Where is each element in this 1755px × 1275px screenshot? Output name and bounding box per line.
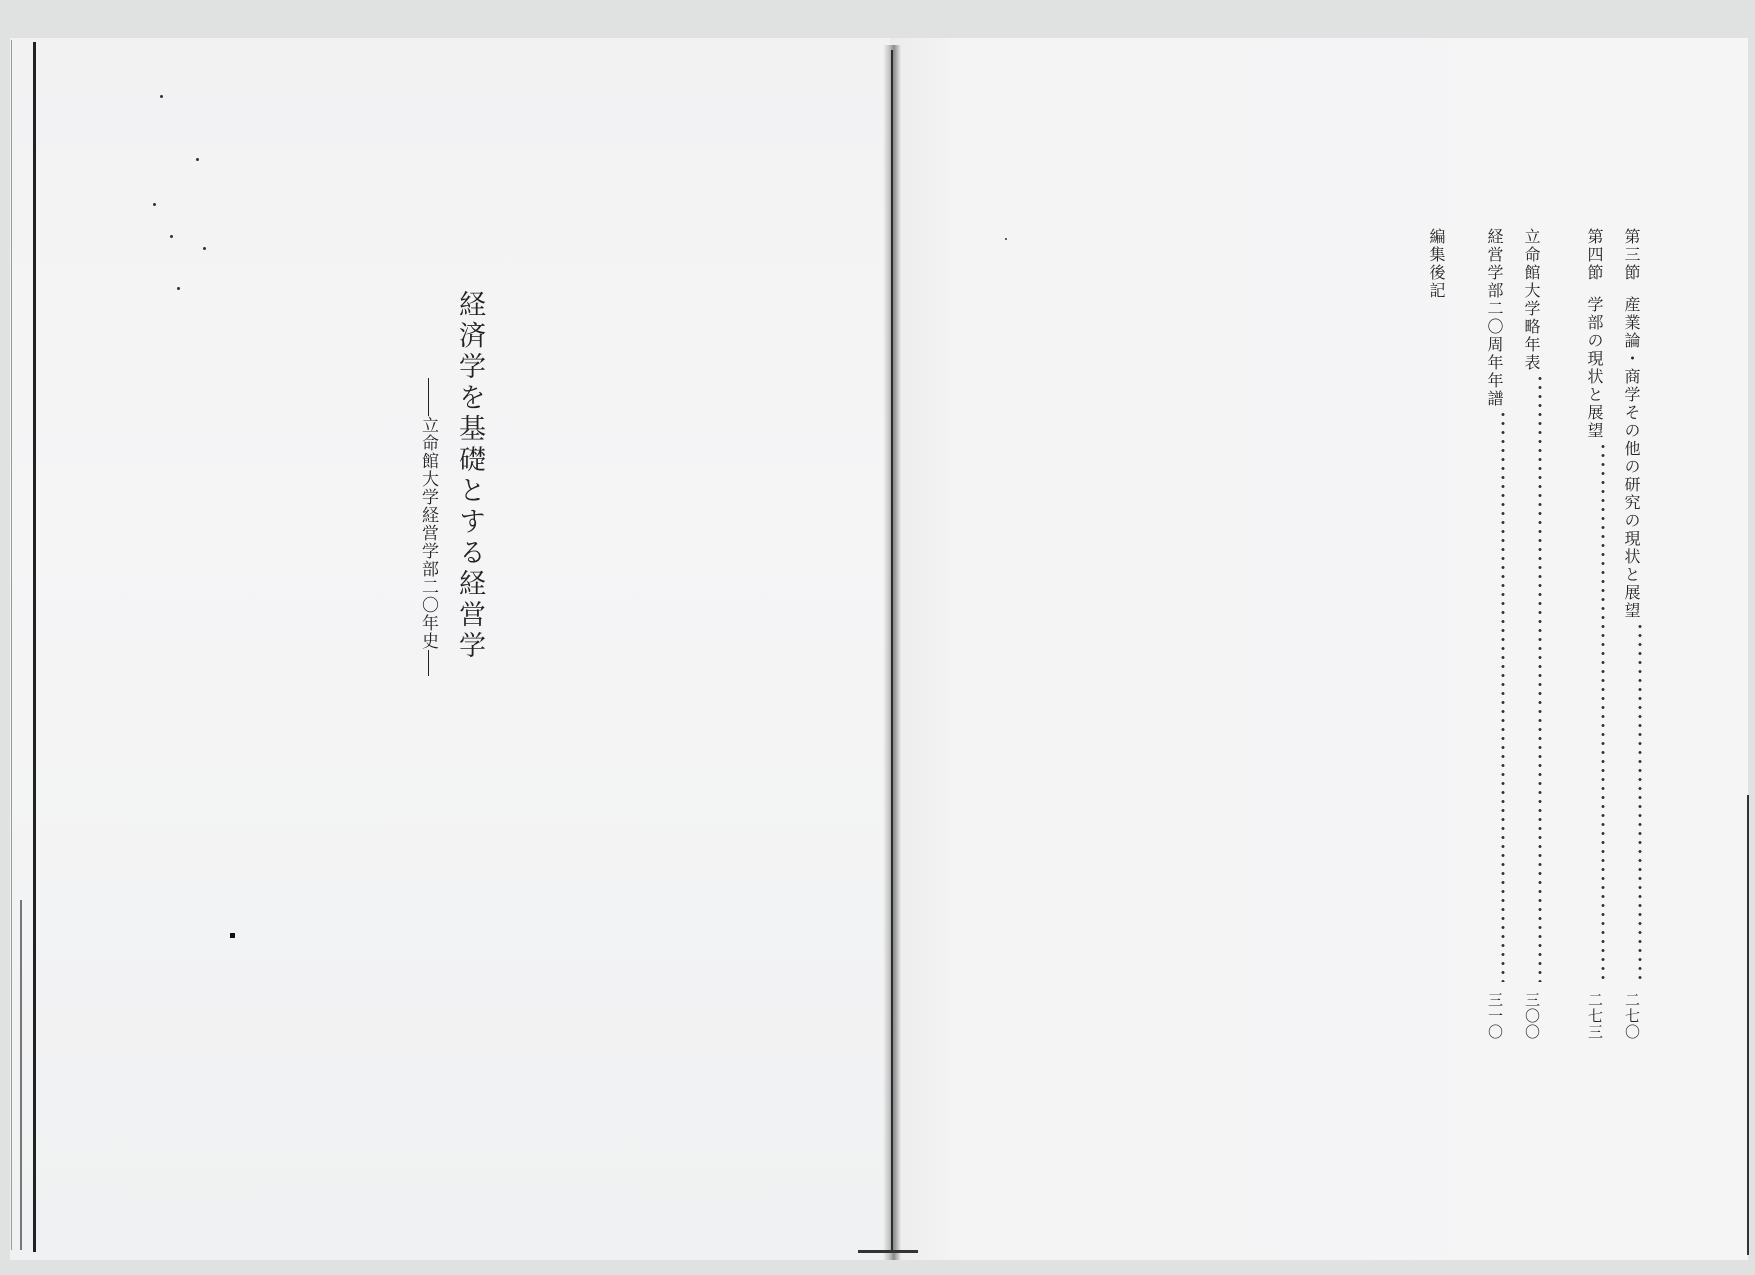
book-title: 経済学を基礎とする経営学 [450, 290, 489, 662]
book-subtitle: 立命館大学経営学部二〇年史 [416, 416, 441, 650]
scan-speck [177, 287, 180, 290]
scan-speck [1005, 238, 1007, 240]
toc-page-number: 二七三 [1585, 992, 1606, 1040]
gutter-foot-mark [858, 1250, 918, 1253]
toc-label: 学部の現状と展望 [1583, 296, 1606, 440]
toc-label: 編集後記 [1425, 228, 1448, 300]
toc-label: 立命館大学略年表 [1520, 228, 1543, 372]
toc-label: 産業論・商学その他の研究の現状と展望 [1620, 296, 1643, 620]
scan-speck [170, 235, 173, 238]
scan-speck [203, 247, 206, 250]
toc-section-number: 第三節 [1620, 228, 1643, 282]
toc-dot-leader [1500, 410, 1506, 982]
toc-page-number: 二七〇 [1622, 992, 1643, 1040]
toc-dot-leader [1637, 622, 1643, 982]
toc-dot-leader [1600, 442, 1606, 982]
toc-entry-afterword: 編集後記 [1425, 228, 1448, 1040]
scan-dot [230, 933, 235, 938]
em-dash-top [428, 378, 429, 416]
book-subtitle-block: 立命館大学経営学部二〇年史 [416, 378, 441, 676]
scan-speck [153, 203, 156, 206]
left-page-edge-shadow [20, 900, 22, 1250]
left-page-edge-thick [33, 42, 36, 1252]
scan-speck [196, 158, 199, 161]
toc-entry-chronology: 立命館大学略年表 三〇〇 [1520, 228, 1543, 1040]
toc-entry-section-3: 第三節 産業論・商学その他の研究の現状と展望 二七〇 [1620, 228, 1643, 1040]
toc-label: 経営学部二〇周年年譜 [1483, 228, 1506, 408]
toc-entry-anniversary-timeline: 経営学部二〇周年年譜 三一〇 [1483, 228, 1506, 1040]
toc-page-number: 三一〇 [1485, 992, 1506, 1040]
em-dash-bottom [428, 650, 429, 676]
toc-entry-section-4: 第四節 学部の現状と展望 二七三 [1583, 228, 1606, 1040]
right-page-edge [1747, 795, 1749, 1255]
book-gutter-line [891, 50, 893, 1250]
toc-section-number: 第四節 [1583, 228, 1606, 282]
left-page-edge-thin [11, 40, 12, 1250]
scan-speck [160, 95, 163, 98]
toc-dot-leader [1537, 374, 1543, 982]
toc-page-number: 三〇〇 [1522, 992, 1543, 1040]
